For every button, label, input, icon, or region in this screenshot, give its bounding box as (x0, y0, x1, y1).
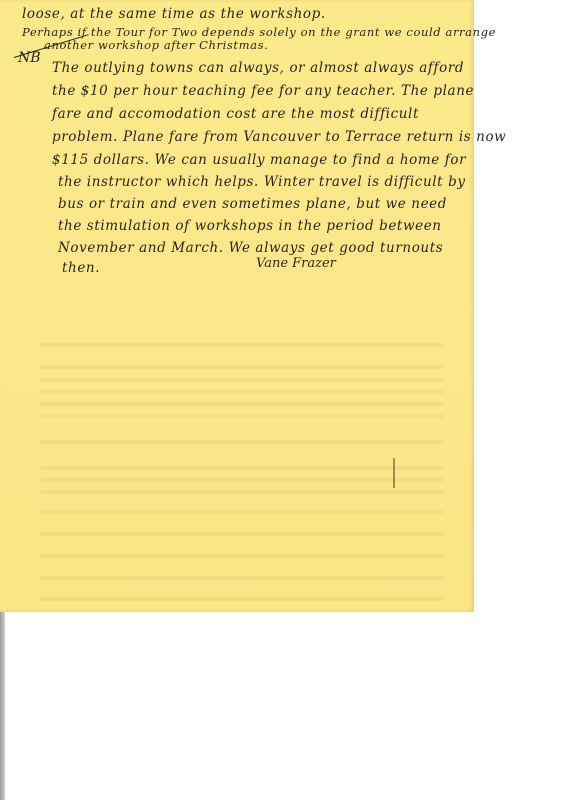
text-line-9: the instructor which helps. Winter trave… (58, 174, 466, 190)
scan-edge-strip (0, 612, 5, 800)
bleed-through-line (40, 490, 444, 494)
text-line-10: bus or train and even sometimes plane, b… (58, 196, 447, 212)
bleed-through-line (40, 378, 444, 382)
pen-mark (393, 458, 395, 488)
text-line-4: The outlying towns can always, or almost… (52, 60, 464, 76)
bleed-through-line (40, 390, 444, 394)
bleed-through-line (40, 576, 444, 580)
bleed-through-line (40, 597, 444, 601)
bleed-through-line (40, 402, 444, 406)
bleed-through-line (40, 478, 444, 482)
bleed-through-line (40, 510, 444, 514)
bleed-through-line (40, 440, 444, 444)
text-line-12: November and March. We always get good t… (58, 240, 443, 256)
bleed-through-line (40, 414, 444, 418)
bleed-through-line (40, 343, 444, 347)
text-line-5: the $10 per hour teaching fee for any te… (52, 83, 474, 99)
text-line-1: loose, at the same time as the workshop. (22, 6, 326, 22)
text-line-7: problem. Plane fare from Vancouver to Te… (52, 129, 506, 145)
signature: Vane Frazer (256, 256, 336, 271)
scanned-letter-page: loose, at the same time as the workshop.… (0, 0, 474, 612)
text-line-11: the stimulation of workshops in the peri… (58, 218, 442, 234)
bleed-through-line (40, 365, 444, 369)
bleed-through-line (40, 554, 444, 558)
text-line-3: another workshop after Christmas. (44, 38, 268, 52)
bleed-through-line (40, 466, 444, 470)
bleed-through-line (40, 532, 444, 536)
text-line-2: Perhaps if the Tour for Two depends sole… (22, 25, 496, 39)
text-line-6: fare and accomodation cost are the most … (52, 106, 419, 122)
text-line-13: then. (62, 260, 100, 276)
text-line-8: $115 dollars. We can usually manage to f… (52, 152, 466, 168)
